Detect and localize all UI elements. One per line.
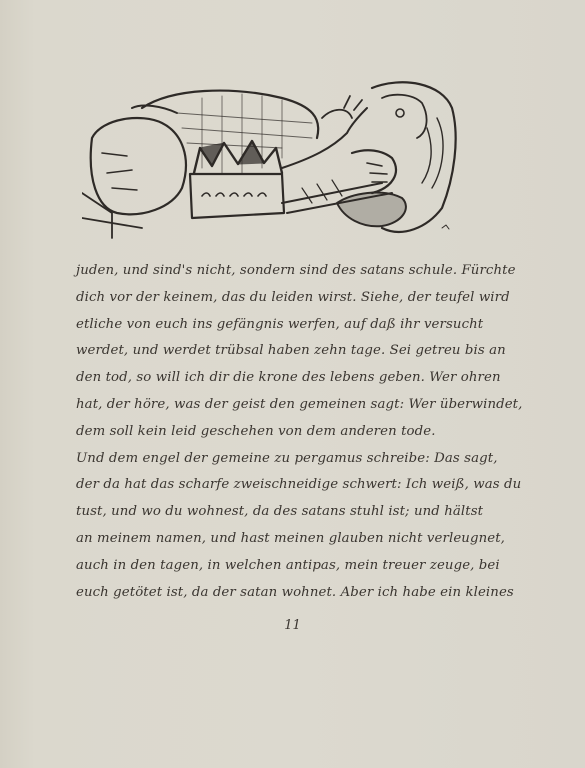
text-line: etliche von euch ins gefängnis werfen, a… (76, 312, 476, 339)
text-line: auch in den tagen, in welchen antipas, m… (76, 553, 476, 580)
drawing-figures-with-crown-icon (82, 78, 460, 244)
text-line: euch getötet ist, da der satan wohnet. A… (76, 580, 476, 607)
text-line: hat, der höre, was der geist den gemeine… (76, 392, 476, 419)
text-line: dem soll kein leid geschehen von dem and… (76, 419, 476, 446)
illustration (82, 78, 460, 244)
book-page: juden, und sind's nicht, sondern sind de… (0, 0, 585, 768)
scripture-text: juden, und sind's nicht, sondern sind de… (76, 258, 476, 606)
text-line: juden, und sind's nicht, sondern sind de… (76, 258, 476, 285)
text-line: tust, und wo du wohnest, da des satans s… (76, 499, 476, 526)
text-line: dich vor der keinem, das du leiden wirst… (76, 285, 476, 312)
text-line: der da hat das scharfe zweischneidige sc… (76, 472, 476, 499)
text-line: an meinem namen, und hast meinen glauben… (76, 526, 476, 553)
text-line: den tod, so will ich dir die krone des l… (76, 365, 476, 392)
text-line: Und dem engel der gemeine zu pergamus sc… (76, 446, 476, 473)
page-number: 11 (0, 618, 585, 633)
text-line: werdet, und werdet trübsal haben zehn ta… (76, 338, 476, 365)
